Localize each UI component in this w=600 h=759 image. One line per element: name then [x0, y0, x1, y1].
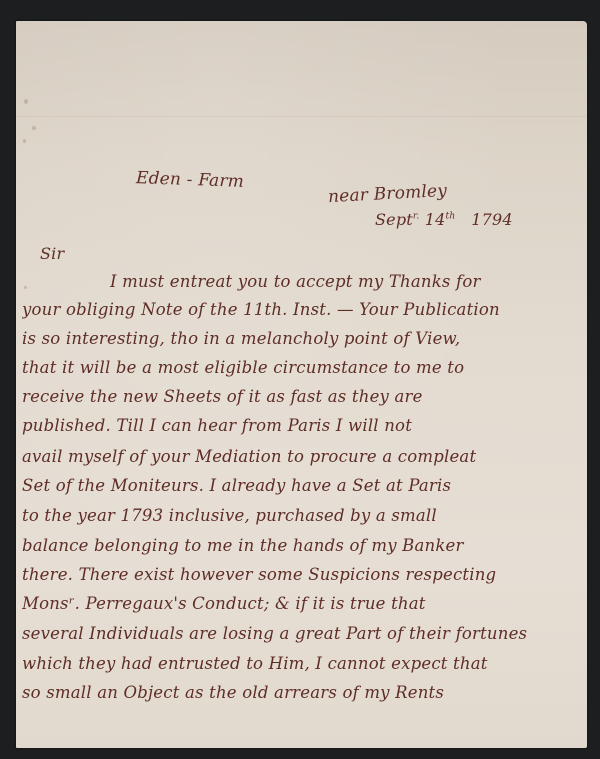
letter-line: Set of the Moniteurs. I already have a S… [22, 476, 582, 495]
foxing-spot [24, 99, 28, 104]
letter-line: your obliging Note of the 11th. Inst. — … [22, 300, 582, 319]
foxing-spot [23, 139, 26, 143]
letter-line: receive the new Sheets of it as fast as … [22, 387, 582, 406]
paper-fold-line [16, 116, 587, 117]
letter-line: that it will be a most eligible circumst… [22, 358, 582, 377]
heading-date: Septr. 14th 1794 [375, 210, 513, 229]
letter-line: so small an Object as the old arrears of… [22, 683, 582, 702]
heading-place: Eden - Farm [136, 168, 245, 192]
letter-line: there. There exist however some Suspicio… [22, 565, 582, 584]
letter-line: which they had entrusted to Him, I canno… [22, 654, 582, 673]
foxing-spot [24, 286, 27, 289]
letter-line: several Individuals are losing a great P… [22, 624, 582, 643]
letter-line: to the year 1793 inclusive, purchased by… [22, 506, 582, 525]
date-year: 1794 [471, 210, 513, 229]
salutation: Sir [40, 244, 64, 263]
date-month-sup: r. [413, 212, 420, 222]
letter-line: published. Till I can hear from Paris I … [22, 416, 582, 435]
foxing-spot [32, 126, 36, 130]
letter-line: I must entreat you to accept my Thanks f… [110, 272, 600, 291]
date-day-sup: th [446, 212, 456, 222]
letter-line: balance belonging to me in the hands of … [22, 536, 582, 555]
letter-line: is so interesting, tho in a melancholy p… [22, 329, 582, 348]
letter-line: avail myself of your Mediation to procur… [22, 447, 582, 466]
date-day: 14 [425, 210, 446, 229]
date-month: Sept [375, 210, 413, 229]
letter-line: Monsʳ. Perregaux's Conduct; & if it is t… [22, 594, 582, 613]
